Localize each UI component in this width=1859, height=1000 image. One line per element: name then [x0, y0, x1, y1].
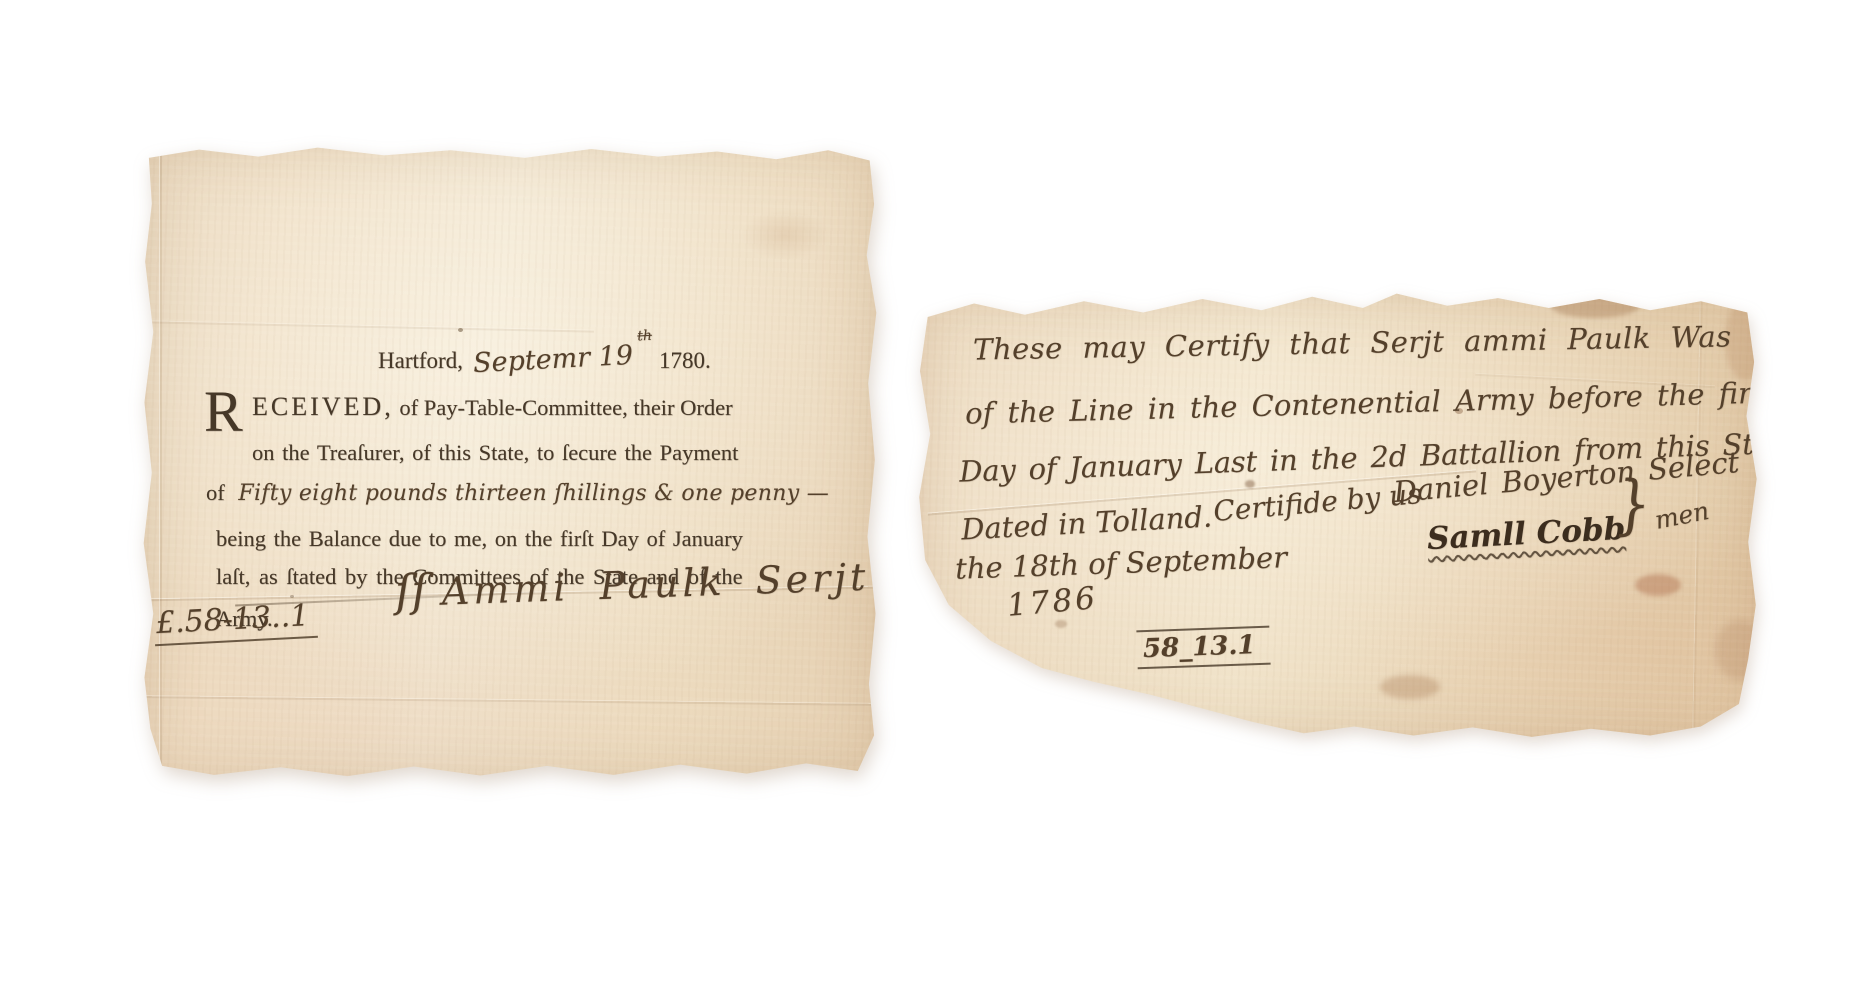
stain	[1380, 675, 1440, 699]
received-rest: of Pay-Table-Committee, their Order	[394, 395, 733, 420]
selectmen-suffix: men	[1652, 496, 1711, 535]
selectman-signature-2: Samll Cobb	[1426, 511, 1626, 557]
stain	[1635, 574, 1681, 596]
body-line-3: of Fifty eight pounds thirteen ſhillings…	[206, 480, 829, 506]
received-line: ECEIVED, of Pay-Table-Committee, their O…	[252, 392, 733, 422]
body-line-2: on the Treaſurer, of this State, to ſecu…	[252, 440, 738, 466]
dateline-place: Hartford,	[378, 348, 463, 374]
right-document-wrap: These may Certify that Serjt ammi Paulk …	[915, 290, 1760, 740]
left-document-wrap: Hartford, Septemr 19th 1780. R ECEIVED, …	[140, 140, 880, 780]
dropcap-r: R	[204, 386, 243, 438]
amount-figure: £.58-13..1	[153, 598, 318, 646]
amount-figure-right: 58_13.1	[1136, 626, 1270, 670]
dateline-date-script: Septemr 19th	[472, 340, 633, 379]
signature-flourish: ſſ	[394, 565, 428, 617]
brace-glyph: }	[1613, 472, 1652, 538]
dated-place: Dated in Tolland.	[960, 499, 1213, 546]
body-line-3-prefix: of	[206, 480, 225, 505]
photo-background: Hartford, Septemr 19th 1780. R ECEIVED, …	[0, 0, 1859, 1000]
dated-year: 1786	[1006, 580, 1100, 624]
stain	[1055, 620, 1067, 628]
left-document: Hartford, Septemr 19th 1780. R ECEIVED, …	[140, 140, 880, 780]
right-document: These may Certify that Serjt ammi Paulk …	[915, 290, 1760, 740]
dateline-year: 1780.	[659, 348, 711, 374]
stain	[1550, 292, 1640, 318]
signature-name: Ammi Paulk Serjt	[441, 555, 870, 614]
crease	[150, 321, 594, 332]
body-line-4: being the Balance due to me, on the firſ…	[216, 526, 743, 552]
selectmen-brace-group: } men	[1614, 474, 1710, 535]
received-caps: ECEIVED,	[252, 392, 394, 421]
crease	[140, 696, 880, 706]
signature-ammi-paulk: ſſ Ammi Paulk Serjt	[394, 550, 870, 618]
amount-in-words-script: Fifty eight pounds thirteen ſhillings & …	[238, 481, 829, 506]
dateline: Hartford, Septemr 19th 1780.	[378, 344, 711, 375]
stain	[740, 210, 830, 260]
dateline-superscript: th	[637, 328, 652, 345]
certification-line-1: These may Certify that Serjt ammi Paulk …	[973, 319, 1732, 366]
certification-line-2: of the Line in the Contenential Army bef…	[965, 375, 1779, 430]
crease	[160, 140, 162, 780]
stain	[1715, 620, 1765, 680]
stain	[1245, 480, 1255, 488]
dated-date: the 18th of September	[955, 540, 1288, 586]
